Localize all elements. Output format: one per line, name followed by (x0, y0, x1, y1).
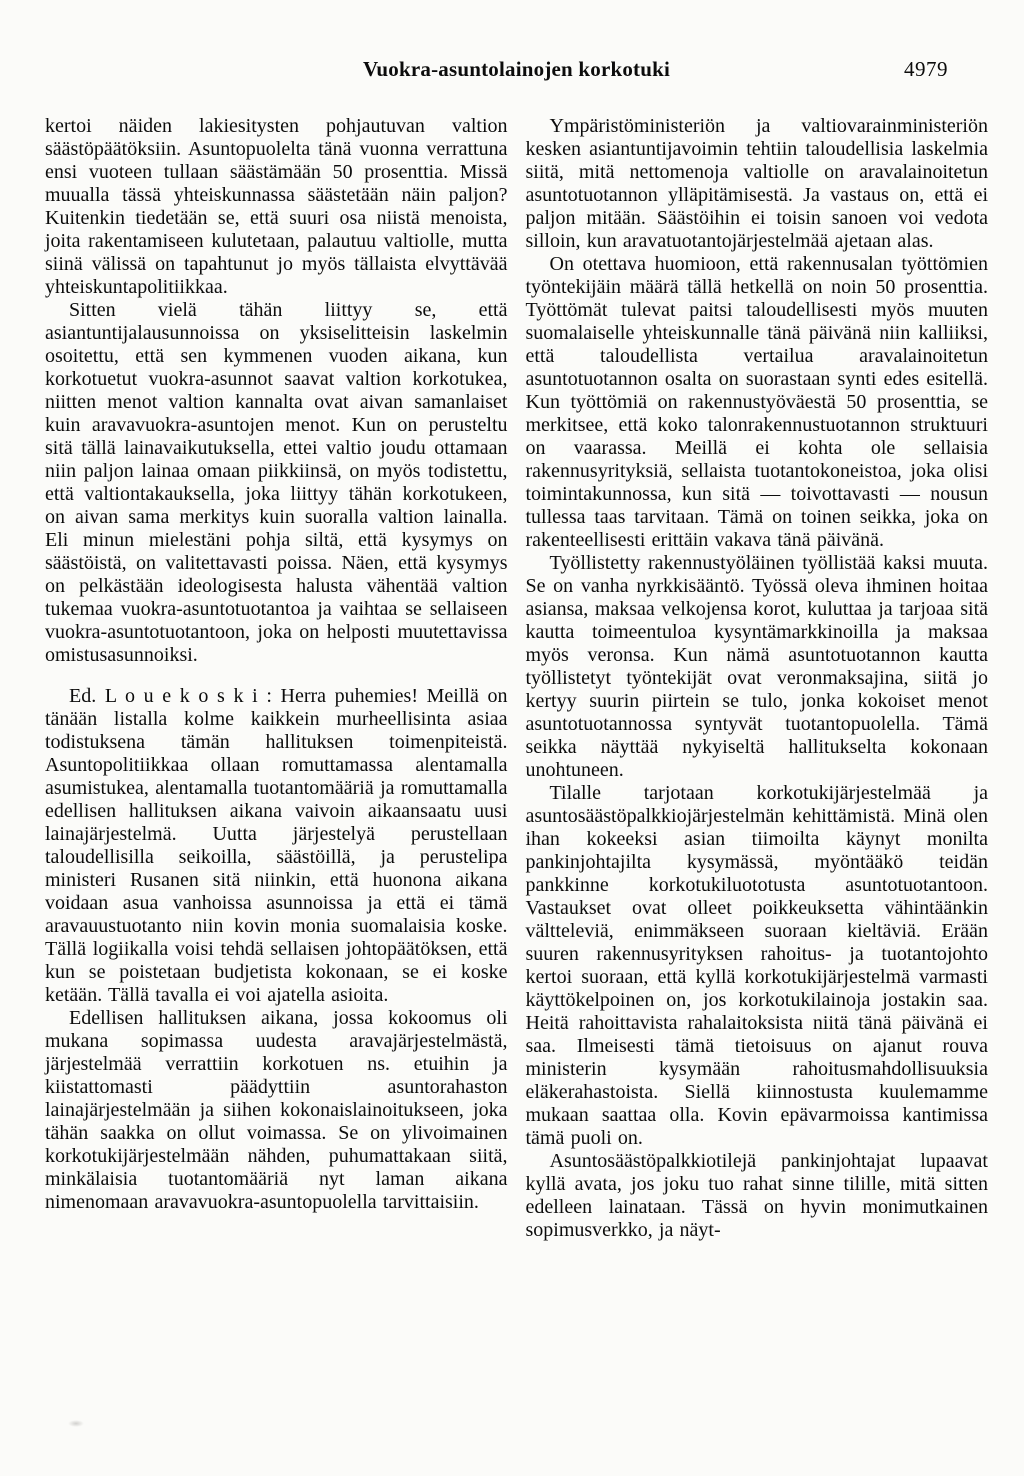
running-title: Vuokra-asuntolainojen korkotuki (45, 57, 988, 82)
right-column-paragraph-2: On otettava huomioon, että rakennusalan … (526, 253, 989, 552)
left-column-paragraph-1: kertoi näiden lakiesitysten pohjautuvan … (45, 115, 508, 299)
right-column-paragraph-1: Ympäristöministeriön ja valtiovarainmini… (526, 115, 989, 253)
left-column: kertoi näiden lakiesitysten pohjautuvan … (45, 115, 508, 1242)
left-column-paragraph-2: Sitten vielä tähän liittyy se, että asia… (45, 299, 508, 667)
left-column-paragraph-4: Edellisen hallituksen aikana, jossa koko… (45, 1007, 508, 1214)
page-number: 4979 (904, 57, 948, 82)
text-columns: kertoi näiden lakiesitysten pohjautuvan … (45, 115, 988, 1242)
page-header: Vuokra-asuntolainojen korkotuki 4979 (45, 57, 988, 83)
speech-paragraph-louekoski: Ed. L o u e k o s k i : Herra puhemies! … (45, 685, 508, 1007)
right-column: Ympäristöministeriön ja valtiovarainmini… (526, 115, 989, 1242)
right-column-paragraph-5: Asuntosäästöpalkkiotilejä pankinjohtajat… (526, 1150, 989, 1242)
right-column-paragraph-4: Tilalle tarjotaan korkotukijärjestelmää … (526, 782, 989, 1150)
document-page: Vuokra-asuntolainojen korkotuki 4979 ker… (0, 0, 1024, 1476)
right-column-paragraph-3: Työllistetty rakennustyöläinen työllistä… (526, 552, 989, 782)
